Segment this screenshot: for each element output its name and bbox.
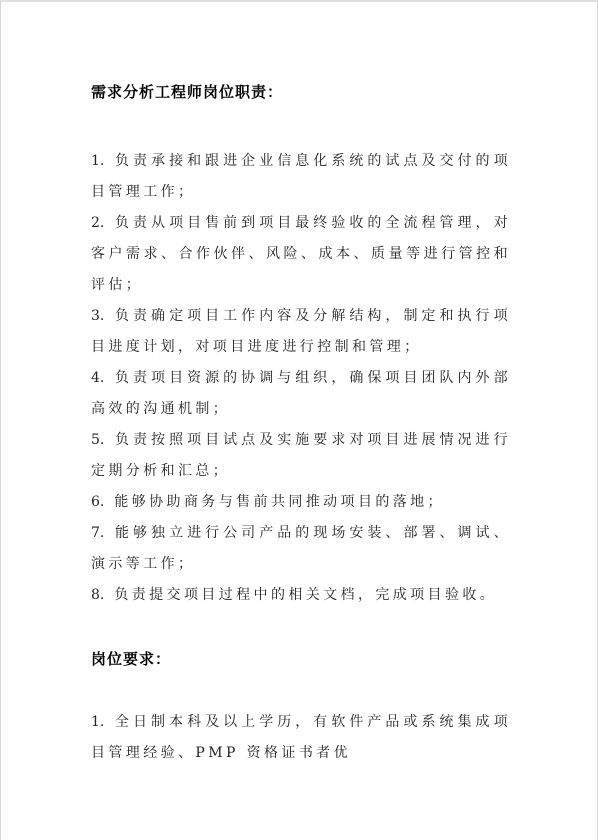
list-item: 7.能够独立进行公司产品的现场安装、部署、调试、演示等工作； [91,518,511,580]
list-item: 8.负责提交项目过程中的相关文档，完成项目验收。 [91,580,511,611]
item-text: 负责按照项目试点及实施要求对项目进展情况进行定期分析和汇总； [91,432,511,479]
item-text: 负责承接和跟进企业信息化系统的试点及交付的项目管理工作； [91,153,511,200]
item-text: 负责项目资源的协调与组织，确保项目团队内外部高效的沟通机制； [91,370,511,417]
item-number: 1. [91,714,104,730]
item-text: 能够协助商务与售前共同推动项目的落地； [114,494,445,510]
item-number: 5. [91,432,104,448]
item-number: 2. [91,215,104,231]
item-number: 3. [91,308,104,324]
item-text: 能够独立进行公司产品的现场安装、部署、调试、演示等工作； [91,525,511,572]
item-number: 7. [91,525,104,541]
list-item: 4.负责项目资源的协调与组织，确保项目团队内外部高效的沟通机制； [91,363,511,425]
item-text: 负责从项目售前到项目最终验收的全流程管理，对客户需求、合作伙伴、风险、成本、质量… [91,215,511,293]
requirements-list: 1.全日制本科及以上学历，有软件产品或系统集成项目管理经验、PMP 资格证书者优 [91,707,511,769]
section-title-responsibilities: 需求分析工程师岗位职责： [91,81,511,103]
item-number: 6. [91,494,104,510]
item-text: 负责提交项目过程中的相关文档，完成项目验收。 [114,587,497,603]
section-title-requirements: 岗位要求： [91,648,511,670]
list-item: 6.能够协助商务与售前共同推动项目的落地； [91,487,511,518]
list-item: 1.负责承接和跟进企业信息化系统的试点及交付的项目管理工作； [91,146,511,208]
responsibilities-list: 1.负责承接和跟进企业信息化系统的试点及交付的项目管理工作； 2.负责从项目售前… [91,146,511,611]
item-number: 4. [91,370,104,386]
list-item: 5.负责按照项目试点及实施要求对项目进展情况进行定期分析和汇总； [91,425,511,487]
document-content: 需求分析工程师岗位职责： 1.负责承接和跟进企业信息化系统的试点及交付的项目管理… [91,81,511,769]
item-number: 8. [91,587,104,603]
item-text: 负责确定项目工作内容及分解结构，制定和执行项目进度计划，对项目进度进行控制和管理… [91,308,511,355]
list-item: 1.全日制本科及以上学历，有软件产品或系统集成项目管理经验、PMP 资格证书者优 [91,707,511,769]
list-item: 3.负责确定项目工作内容及分解结构，制定和执行项目进度计划，对项目进度进行控制和… [91,301,511,363]
item-text: 全日制本科及以上学历，有软件产品或系统集成项目管理经验、PMP 资格证书者优 [91,714,511,761]
item-number: 1. [91,153,104,169]
list-item: 2.负责从项目售前到项目最终验收的全流程管理，对客户需求、合作伙伴、风险、成本、… [91,208,511,301]
document-page: 需求分析工程师岗位职责： 1.负责承接和跟进企业信息化系统的试点及交付的项目管理… [0,0,598,840]
